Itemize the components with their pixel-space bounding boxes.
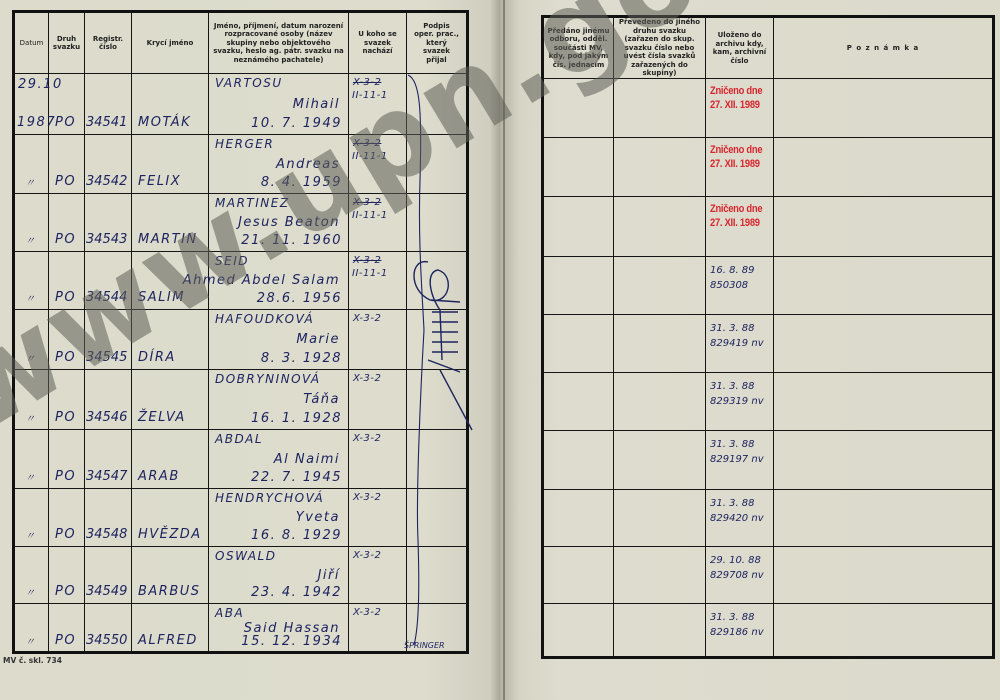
archive-entry: 16. 8. 89 850308	[710, 263, 755, 293]
given-name: Marie	[296, 332, 340, 347]
cover-name-cell: DÍRA	[132, 310, 209, 370]
table-row: 〃PO34546ŽELVADOBRYNINOVÁTáňa16. 1. 1928X…	[14, 370, 468, 430]
file-type: PO	[55, 290, 76, 305]
table-row: 29. 10. 88 829708 nv	[543, 547, 994, 604]
reg-number-cell: 34543	[85, 194, 132, 252]
note-cell	[774, 79, 994, 138]
cover-name: ŽELVA	[138, 410, 186, 425]
signature-cell	[407, 310, 468, 370]
converted-cell	[614, 431, 706, 490]
destroyed-stamp: Zničeno dne 27. XII. 1989	[710, 202, 762, 230]
reg-number-cell: 34550	[85, 604, 132, 653]
file-type-cell: PO	[49, 252, 85, 310]
location-new: II-11-1	[352, 268, 388, 279]
date-value: 〃	[25, 469, 37, 484]
date-value: 〃	[25, 633, 37, 648]
reg-number-cell: 34544	[85, 252, 132, 310]
note-cell	[774, 490, 994, 547]
birth-date: 22. 7. 1945	[251, 470, 342, 485]
location-cell: X-3-2II-11-1	[349, 194, 407, 252]
date-cell: 〃	[14, 547, 49, 604]
surname: OSWALD	[215, 549, 276, 563]
cover-name: ALFRED	[138, 633, 198, 648]
converted-cell	[614, 547, 706, 604]
person-cell: HAFOUDKOVÁMarie8. 3. 1928	[209, 310, 349, 370]
date-value: 〃	[25, 174, 37, 189]
cover-name-cell: ARAB	[132, 430, 209, 489]
book-gutter	[503, 0, 505, 700]
location-old: X-3-2	[353, 197, 381, 208]
file-type-cell: PO	[49, 547, 85, 604]
location-old: X-3-2	[353, 373, 381, 384]
table-row: 〃PO34549BARBUSOSWALDJiří23. 4. 1942X-3-2	[14, 547, 468, 604]
date-cell: 〃	[14, 430, 49, 489]
location-old: X-3-2	[353, 313, 381, 324]
surname: ABA	[215, 606, 244, 620]
reg-number-cell: 34546	[85, 370, 132, 430]
signature-cell	[407, 430, 468, 489]
location-cell: X-3-2	[349, 489, 407, 547]
cover-name: DÍRA	[138, 350, 176, 365]
location-cell: X-3-2II-11-1	[349, 252, 407, 310]
given-name: Ahmed Abdel Salam	[183, 273, 340, 288]
reg-number: 34541	[86, 115, 127, 130]
birth-date: 23. 4. 1942	[251, 585, 342, 600]
reg-number: 34550	[86, 633, 127, 648]
person-cell: ABDALAl Naimi22. 7. 1945	[209, 430, 349, 489]
reg-number-cell: 34549	[85, 547, 132, 604]
person-cell: HENDRYCHOVÁYveta16. 8. 1929	[209, 489, 349, 547]
col-header-location: U koho se svazek nachází	[349, 12, 407, 74]
table-row: 〃PO34545DÍRAHAFOUDKOVÁMarie8. 3. 1928X-3…	[14, 310, 468, 370]
date-value: 〃	[25, 350, 37, 365]
date-cell: 〃	[14, 194, 49, 252]
location-cell: X-3-2	[349, 604, 407, 653]
surname: DOBRYNINOVÁ	[215, 372, 321, 386]
location-cell: X-3-2	[349, 430, 407, 489]
person-cell: MARTINEZJesus Beaton21. 11. 1960	[209, 194, 349, 252]
transferred-cell	[543, 547, 614, 604]
col-header-transferred: Předáno jinému odboru, odděl. součásti M…	[543, 17, 614, 79]
reg-number: 34543	[86, 232, 127, 247]
archived-cell: 31. 3. 88 829197 nv	[706, 431, 774, 490]
col-header-converted: Převedeno do jiného druhu svazku (zařaze…	[614, 17, 706, 79]
archived-cell: 16. 8. 89 850308	[706, 257, 774, 315]
table-row: 〃PO34544SALIMSEIDAhmed Abdel Salam28.6. …	[14, 252, 468, 310]
cover-name-cell: BARBUS	[132, 547, 209, 604]
table-row: Zničeno dne 27. XII. 1989	[543, 197, 994, 257]
date-value: 〃	[25, 290, 37, 305]
table-row: 〃PO34542FELIXHERGERAndreas8. 4. 1959X-3-…	[14, 135, 468, 194]
cover-name: ARAB	[138, 469, 180, 484]
archived-cell: 31. 3. 88 829186 nv	[706, 604, 774, 658]
surname: HENDRYCHOVÁ	[215, 491, 324, 505]
given-name: Yveta	[296, 510, 340, 525]
date-cell: 29.101987	[14, 74, 49, 135]
person-cell: VARTOSUMihail10. 7. 1949	[209, 74, 349, 135]
birth-date: 16. 8. 1929	[251, 528, 342, 543]
birth-date: 8. 3. 1928	[261, 351, 342, 366]
form-number: MV č. skl. 734	[3, 656, 62, 665]
table-row: 31. 3. 88 829186 nv	[543, 604, 994, 658]
note-cell	[774, 373, 994, 431]
location-new: II-11-1	[352, 210, 388, 221]
col-header-person: Jméno, příjmení, datum narození rozpraco…	[209, 12, 349, 74]
cover-name: SALIM	[138, 290, 185, 305]
note-cell	[774, 315, 994, 373]
cover-name: BARBUS	[138, 584, 201, 599]
col-header-cover-name: Krycí jméno	[132, 12, 209, 74]
date-cell: 〃	[14, 604, 49, 653]
signature-cell	[407, 547, 468, 604]
person-cell: DOBRYNINOVÁTáňa16. 1. 1928	[209, 370, 349, 430]
note-cell	[774, 257, 994, 315]
surname: HAFOUDKOVÁ	[215, 312, 314, 326]
note-cell	[774, 604, 994, 658]
table-row: 16. 8. 89 850308	[543, 257, 994, 315]
converted-cell	[614, 79, 706, 138]
reg-number-cell: 34545	[85, 310, 132, 370]
date-value: 〃	[25, 232, 37, 247]
note-cell	[774, 431, 994, 490]
header-row: Datum Druh svazku Registr. číslo Krycí j…	[14, 12, 468, 74]
given-name: Mihail	[293, 97, 340, 112]
file-type-cell: PO	[49, 489, 85, 547]
table-row: 〃PO34543MARTINMARTINEZJesus Beaton21. 11…	[14, 194, 468, 252]
birth-date: 21. 11. 1960	[241, 233, 342, 248]
birth-date: 28.6. 1956	[257, 291, 342, 306]
location-cell: X-3-2	[349, 310, 407, 370]
archived-cell: 31. 3. 88 829319 nv	[706, 373, 774, 431]
location-old: X-3-2	[353, 77, 381, 88]
table-row: 31. 3. 88 829419 nv	[543, 315, 994, 373]
file-type: PO	[55, 115, 76, 130]
converted-cell	[614, 138, 706, 197]
table-row: 31. 3. 88 829319 nv	[543, 373, 994, 431]
signature-cell	[407, 370, 468, 430]
cover-name: MOTÁK	[138, 115, 191, 130]
converted-cell	[614, 604, 706, 658]
cover-name-cell: ALFRED	[132, 604, 209, 653]
converted-cell	[614, 373, 706, 431]
reg-number: 34549	[86, 584, 127, 599]
reg-number-cell: 34548	[85, 489, 132, 547]
archive-entry: 31. 3. 88 829420 nv	[710, 496, 764, 526]
reg-number-cell: 34547	[85, 430, 132, 489]
date-value: 〃	[25, 410, 37, 425]
transferred-cell	[543, 257, 614, 315]
cover-name: HVĚZDA	[138, 527, 202, 542]
left-register-table: Datum Druh svazku Registr. číslo Krycí j…	[12, 10, 469, 654]
surname: ABDAL	[215, 432, 263, 446]
transferred-cell	[543, 79, 614, 138]
converted-cell	[614, 490, 706, 547]
note-cell	[774, 547, 994, 604]
person-cell: ABASaid Hassan15. 12. 1934	[209, 604, 349, 653]
cover-name-cell: ŽELVA	[132, 370, 209, 430]
signature-cell	[407, 252, 468, 310]
file-type: PO	[55, 232, 76, 247]
file-type: PO	[55, 410, 76, 425]
archive-entry: 29. 10. 88 829708 nv	[710, 553, 764, 583]
location-old: X-3-2	[353, 550, 381, 561]
location-cell: X-3-2	[349, 370, 407, 430]
table-row: Zničeno dne 27. XII. 1989	[543, 79, 994, 138]
transferred-cell	[543, 604, 614, 658]
reg-number-cell: 34541	[85, 74, 132, 135]
given-name: Al Naimi	[274, 452, 340, 467]
transferred-cell	[543, 197, 614, 257]
date-cell: 〃	[14, 489, 49, 547]
given-name: Jiří	[318, 568, 340, 583]
file-type-cell: PO	[49, 74, 85, 135]
archive-entry: 31. 3. 88 829197 nv	[710, 437, 764, 467]
reg-number: 34546	[86, 410, 127, 425]
given-name: Andreas	[276, 157, 340, 172]
header-row: Předáno jinému odboru, odděl. součásti M…	[543, 17, 994, 79]
cover-name: FELIX	[138, 174, 181, 189]
cover-name-cell: MARTIN	[132, 194, 209, 252]
surname: SEID	[215, 254, 249, 268]
surname: HERGER	[215, 137, 274, 151]
col-header-reg-number: Registr. číslo	[85, 12, 132, 74]
reg-number: 34547	[86, 469, 127, 484]
reg-number: 34542	[86, 174, 127, 189]
reg-number: 34544	[86, 290, 127, 305]
converted-cell	[614, 257, 706, 315]
transferred-cell	[543, 138, 614, 197]
reg-number: 34545	[86, 350, 127, 365]
date-value: 〃	[25, 584, 37, 599]
signature-cell	[407, 135, 468, 194]
location-cell: X-3-2II-11-1	[349, 135, 407, 194]
table-row: Zničeno dne 27. XII. 1989	[543, 138, 994, 197]
note-cell	[774, 138, 994, 197]
table-row: 29.101987PO34541MOTÁKVARTOSUMihail10. 7.…	[14, 74, 468, 135]
location-old: X-3-2	[353, 138, 381, 149]
archived-cell: 29. 10. 88 829708 nv	[706, 547, 774, 604]
date-cell: 〃	[14, 135, 49, 194]
signature-cell	[407, 604, 468, 653]
col-header-note: P o z n á m k a	[774, 17, 994, 79]
destroyed-stamp: Zničeno dne 27. XII. 1989	[710, 84, 762, 112]
person-cell: HERGERAndreas8. 4. 1959	[209, 135, 349, 194]
archived-cell: 31. 3. 88 829420 nv	[706, 490, 774, 547]
signature-cell	[407, 74, 468, 135]
cover-name-cell: FELIX	[132, 135, 209, 194]
location-old: X-3-2	[353, 492, 381, 503]
birth-date: 10. 7. 1949	[251, 116, 342, 131]
cover-name: MARTIN	[138, 232, 198, 247]
location-cell: X-3-2	[349, 547, 407, 604]
right-register-table: Předáno jinému odboru, odděl. součásti M…	[541, 15, 995, 659]
location-new: II-11-1	[352, 151, 388, 162]
transferred-cell	[543, 431, 614, 490]
surname: MARTINEZ	[215, 196, 290, 210]
file-type: PO	[55, 527, 76, 542]
archived-cell: Zničeno dne 27. XII. 1989	[706, 197, 774, 257]
transferred-cell	[543, 373, 614, 431]
birth-date: 15. 12. 1934	[241, 634, 342, 649]
col-header-signature: Podpis oper. prac., který svazek přijal	[407, 12, 468, 74]
location-old: X-3-2	[353, 607, 381, 618]
file-type: PO	[55, 584, 76, 599]
date-cell: 〃	[14, 370, 49, 430]
archived-cell: Zničeno dne 27. XII. 1989	[706, 79, 774, 138]
file-type: PO	[55, 469, 76, 484]
col-header-archived: Uloženo do archivu kdy, kam, archivní čí…	[706, 17, 774, 79]
file-type-cell: PO	[49, 430, 85, 489]
destroyed-stamp: Zničeno dne 27. XII. 1989	[710, 143, 762, 171]
archived-cell: 31. 3. 88 829419 nv	[706, 315, 774, 373]
date-value: 〃	[25, 527, 37, 542]
location-old: X-3-2	[353, 255, 381, 266]
archive-entry: 31. 3. 88 829419 nv	[710, 321, 764, 351]
table-row: 〃PO34547ARABABDALAl Naimi22. 7. 1945X-3-…	[14, 430, 468, 489]
location-cell: X-3-2II-11-1	[349, 74, 407, 135]
file-type: PO	[55, 350, 76, 365]
table-row: 〃PO34548HVĚZDAHENDRYCHOVÁYveta16. 8. 192…	[14, 489, 468, 547]
location-new: II-11-1	[352, 90, 388, 101]
location-old: X-3-2	[353, 433, 381, 444]
reg-number-cell: 34542	[85, 135, 132, 194]
file-type-cell: PO	[49, 135, 85, 194]
converted-cell	[614, 315, 706, 373]
reg-number: 34548	[86, 527, 127, 542]
person-cell: SEIDAhmed Abdel Salam28.6. 1956	[209, 252, 349, 310]
col-header-file-type: Druh svazku	[49, 12, 85, 74]
surname: VARTOSU	[215, 76, 283, 90]
birth-date: 8. 4. 1959	[261, 175, 342, 190]
signature-cell	[407, 489, 468, 547]
file-type-cell: PO	[49, 310, 85, 370]
file-type: PO	[55, 633, 76, 648]
date-cell: 〃	[14, 310, 49, 370]
file-type-cell: PO	[49, 370, 85, 430]
col-header-date: Datum	[14, 12, 49, 74]
date-cell: 〃	[14, 252, 49, 310]
cover-name-cell: MOTÁK	[132, 74, 209, 135]
note-cell	[774, 197, 994, 257]
signature-cell	[407, 194, 468, 252]
person-cell: OSWALDJiří23. 4. 1942	[209, 547, 349, 604]
table-row: 31. 3. 88 829420 nv	[543, 490, 994, 547]
table-row: 31. 3. 88 829197 nv	[543, 431, 994, 490]
converted-cell	[614, 197, 706, 257]
birth-date: 16. 1. 1928	[251, 411, 342, 426]
file-type: PO	[55, 174, 76, 189]
file-type-cell: PO	[49, 194, 85, 252]
table-row: 〃PO34550ALFREDABASaid Hassan15. 12. 1934…	[14, 604, 468, 653]
archive-entry: 31. 3. 88 829186 nv	[710, 610, 764, 640]
given-name: Jesus Beaton	[238, 215, 340, 230]
file-type-cell: PO	[49, 604, 85, 653]
cover-name-cell: HVĚZDA	[132, 489, 209, 547]
transferred-cell	[543, 490, 614, 547]
transferred-cell	[543, 315, 614, 373]
given-name: Táňa	[303, 392, 340, 407]
archived-cell: Zničeno dne 27. XII. 1989	[706, 138, 774, 197]
archive-entry: 31. 3. 88 829319 nv	[710, 379, 764, 409]
